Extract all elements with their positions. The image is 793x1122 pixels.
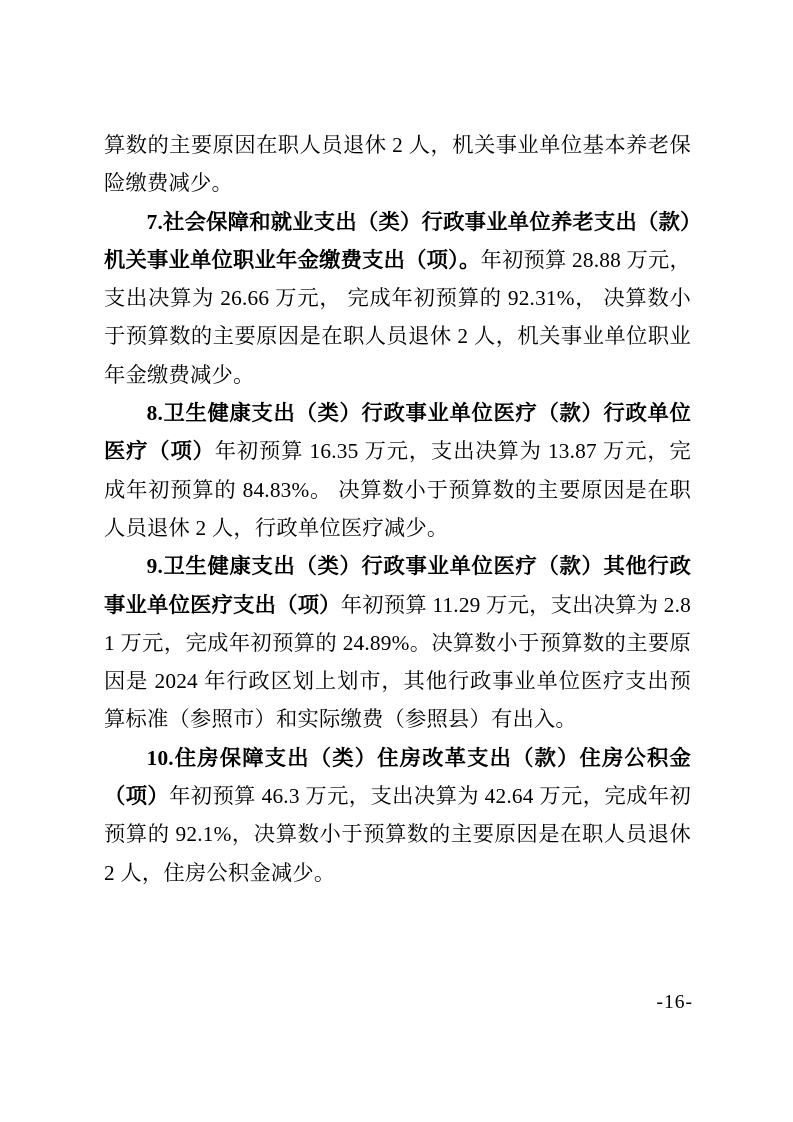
paragraph-item-7: 7.社会保障和就业支出（类）行政事业单位养老支出（款）机关事业单位职业年金缴费支… (104, 203, 691, 394)
paragraph-text: 年初预算 46.3 万元，支出决算为 42.64 万元，完成年初预算的 92.1… (104, 784, 691, 885)
page-number: -16- (657, 991, 694, 1015)
document-body: 算数的主要原因在职人员退休 2 人，机关事业单位基本养老保险缴费减少。 7.社会… (104, 126, 691, 892)
paragraph-text: 算数的主要原因在职人员退休 2 人，机关事业单位基本养老保险缴费减少。 (104, 133, 691, 195)
paragraph-item-9: 9.卫生健康支出（类）行政事业单位医疗（款）其他行政事业单位医疗支出（项）年初预… (104, 547, 691, 738)
paragraph-continuation: 算数的主要原因在职人员退休 2 人，机关事业单位基本养老保险缴费减少。 (104, 126, 691, 203)
paragraph-item-8: 8.卫生健康支出（类）行政事业单位医疗（款）行政单位医疗（项）年初预算 16.3… (104, 394, 691, 547)
document-page: 算数的主要原因在职人员退休 2 人，机关事业单位基本养老保险缴费减少。 7.社会… (0, 0, 793, 1122)
paragraph-item-10: 10.住房保障支出（类）住房改革支出（款）住房公积金（项）年初预算 46.3 万… (104, 739, 691, 892)
